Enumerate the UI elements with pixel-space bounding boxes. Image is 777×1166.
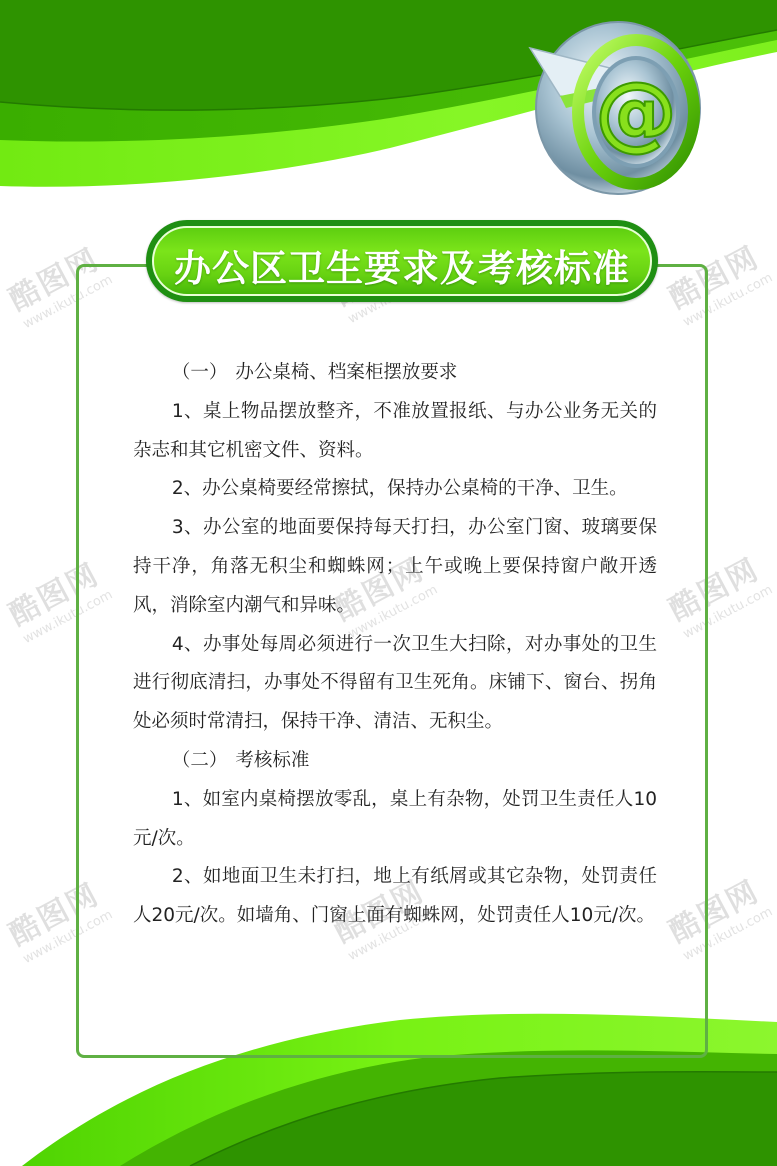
rule-item: 4、办事处每周必须进行一次卫生大扫除，对办事处的卫生进行彻底清扫，办事处不得留有… (133, 626, 657, 742)
title-banner: 办公区卫生要求及考核标准 (146, 220, 658, 302)
rule-item: 2、办公桌椅要经常擦拭，保持办公桌椅的干净、卫生。 (133, 470, 657, 509)
page-title: 办公区卫生要求及考核标准 (146, 238, 658, 292)
section-number: （一） (172, 362, 228, 383)
penalty-item: 1、如室内桌椅摆放零乱，桌上有杂物，处罚卫生责任人10元/次。 (133, 781, 657, 859)
section-title: 考核标准 (235, 750, 309, 771)
section-heading-2: （二）考核标准 (133, 742, 657, 781)
document-body: （一）办公桌椅、档案柜摆放要求 1、桌上物品摆放整齐，不准放置报纸、与办公业务无… (133, 354, 657, 936)
penalty-item: 2、如地面卫生未打扫，地上有纸屑或其它杂物，处罚责任人20元/次。如墙角、门窗上… (133, 858, 657, 936)
rule-item: 1、桌上物品摆放整齐，不准放置报纸、与办公业务无关的杂志和其它机密文件、资料。 (133, 393, 657, 471)
rule-item: 3、办公室的地面要保持每天打扫，办公室门窗、玻璃要保持干净，角落无积尘和蜘蛛网；… (133, 509, 657, 625)
section-heading-1: （一）办公桌椅、档案柜摆放要求 (133, 354, 657, 393)
section-title: 办公桌椅、档案柜摆放要求 (235, 362, 457, 383)
section-number: （二） (172, 750, 228, 771)
svg-text:@: @ (595, 65, 677, 160)
